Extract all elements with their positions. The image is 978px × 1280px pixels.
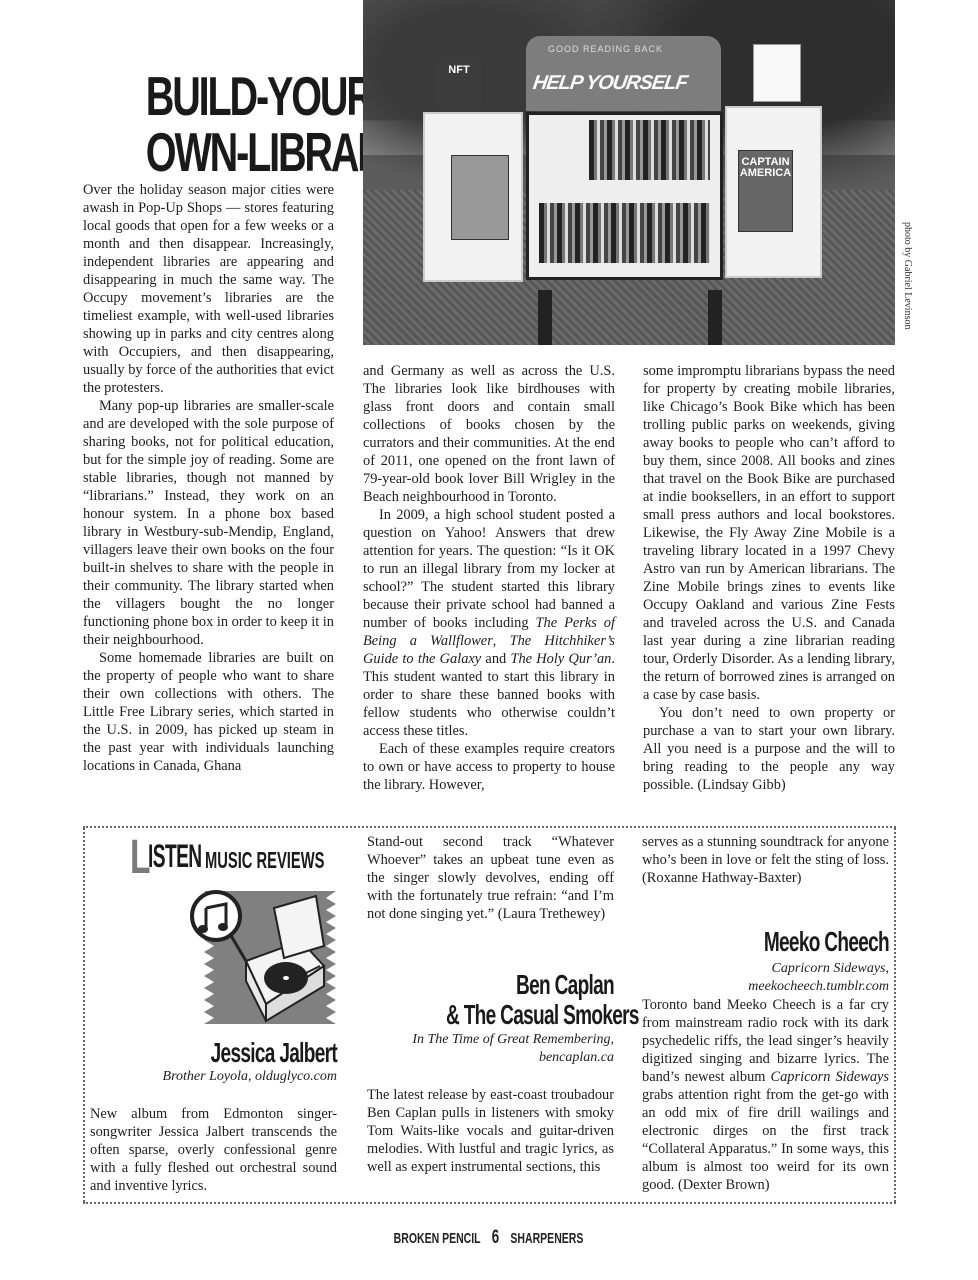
- paragraph: Many pop-up libraries are smaller-scale …: [83, 397, 334, 649]
- article-column-2: and Germany as well as across the U.S. T…: [363, 362, 615, 794]
- page-number: 6: [492, 1227, 499, 1248]
- paragraph: Over the holiday season major cities wer…: [83, 181, 334, 397]
- album-line-1: In The Time of Great Remembering,: [367, 1031, 614, 1049]
- album-title: Capricorn Sideways: [770, 1069, 889, 1085]
- nft-sign: NFT: [437, 58, 481, 110]
- cart-bookshelf: [526, 112, 723, 280]
- cart-wheel-left: [538, 290, 552, 345]
- magazine-name: BROKEN PENCIL: [394, 1230, 481, 1247]
- cart-wheel-right: [708, 290, 722, 345]
- article-column-3: some impromptu librarians bypass the nee…: [643, 362, 895, 794]
- listen-section-header: L ISTEN MUSIC REVIEWS: [130, 834, 340, 884]
- review-artist-ben-caplan: Ben Caplan & The Casual Smokers: [367, 970, 614, 1030]
- text-run: ,: [493, 633, 510, 649]
- paragraph: In 2009, a high school student posted a …: [363, 506, 615, 740]
- text-run: and: [481, 651, 510, 667]
- article-headline: BUILD-YOUR- OWN-LIBRARY: [146, 68, 333, 180]
- photo-credit: photo by Gabriel Levinson: [899, 222, 913, 342]
- comic-book-captain-america: CAPTAIN AMERICA: [738, 150, 793, 232]
- box-right-border: [894, 828, 896, 1202]
- book-title: The Holy Qur’an: [510, 651, 611, 667]
- book-shelf-lower: [539, 203, 710, 263]
- review-artist-jessica-jalbert: Jessica Jalbert: [169, 1038, 337, 1068]
- album-line-1: Capricorn Sideways,: [642, 960, 889, 978]
- record-player-illustration: [186, 886, 336, 1026]
- cart-sign-small-text: GOOD READING BACK: [548, 44, 663, 54]
- headline-line-2: OWN-LIBRARY: [146, 124, 333, 180]
- listen-title: ISTEN: [148, 840, 202, 872]
- review-body: The latest release by east-coast troubad…: [367, 1086, 614, 1176]
- album-line-2: bencaplan.ca: [367, 1049, 614, 1067]
- review-album: Brother Loyola, olduglyco.com: [90, 1068, 337, 1086]
- paragraph: some impromptu librarians bypass the nee…: [643, 362, 895, 704]
- text-run: In 2009, a high school student posted a …: [363, 507, 615, 631]
- review-body: Toronto band Meeko Cheech is a far cry f…: [642, 996, 889, 1194]
- review-album: In The Time of Great Remembering, bencap…: [367, 1031, 614, 1067]
- paragraph: Some homemade libraries are built on the…: [83, 649, 334, 775]
- artist-line-1: Ben Caplan: [446, 970, 614, 1000]
- book-shelf-upper: [589, 120, 710, 180]
- text-run: grabs attention right from the get-go wi…: [642, 1087, 889, 1193]
- paragraph: You don’t need to own property or purcha…: [643, 704, 895, 794]
- review-body-continued: serves as a stunning soundtrack for anyo…: [642, 833, 889, 887]
- paragraph: Each of these examples require creators …: [363, 740, 615, 794]
- page-footer: BROKEN PENCIL 6 SHARPENERS: [0, 1227, 978, 1249]
- library-cart-photo: GOOD READING BACK HELP YOURSELF NFT CAPT…: [363, 0, 895, 345]
- review-album: Capricorn Sideways, meekocheech.tumblr.c…: [642, 960, 889, 996]
- box-left-border: [83, 828, 85, 1202]
- review-body: New album from Edmonton singer-songwrite…: [90, 1105, 337, 1195]
- headline-line-1: BUILD-YOUR-: [146, 68, 333, 124]
- cart-sign-text: HELP YOURSELF: [531, 72, 694, 95]
- music-note-bubble-icon: [192, 892, 240, 940]
- album-line-2: meekocheech.tumblr.com: [642, 978, 889, 996]
- comic-book-left: [451, 155, 509, 240]
- poster: [753, 44, 801, 102]
- artist-line-2: & The Casual Smokers: [446, 1000, 614, 1030]
- review-body-continued: Stand-out second track “Whatever Whoever…: [367, 833, 614, 923]
- article-column-1: Over the holiday season major cities wer…: [83, 181, 334, 775]
- music-reviews-subtitle: MUSIC REVIEWS: [205, 848, 324, 872]
- review-artist-meeko-cheech: Meeko Cheech: [721, 927, 889, 957]
- section-name: SHARPENERS: [511, 1230, 584, 1247]
- paragraph: and Germany as well as across the U.S. T…: [363, 362, 615, 506]
